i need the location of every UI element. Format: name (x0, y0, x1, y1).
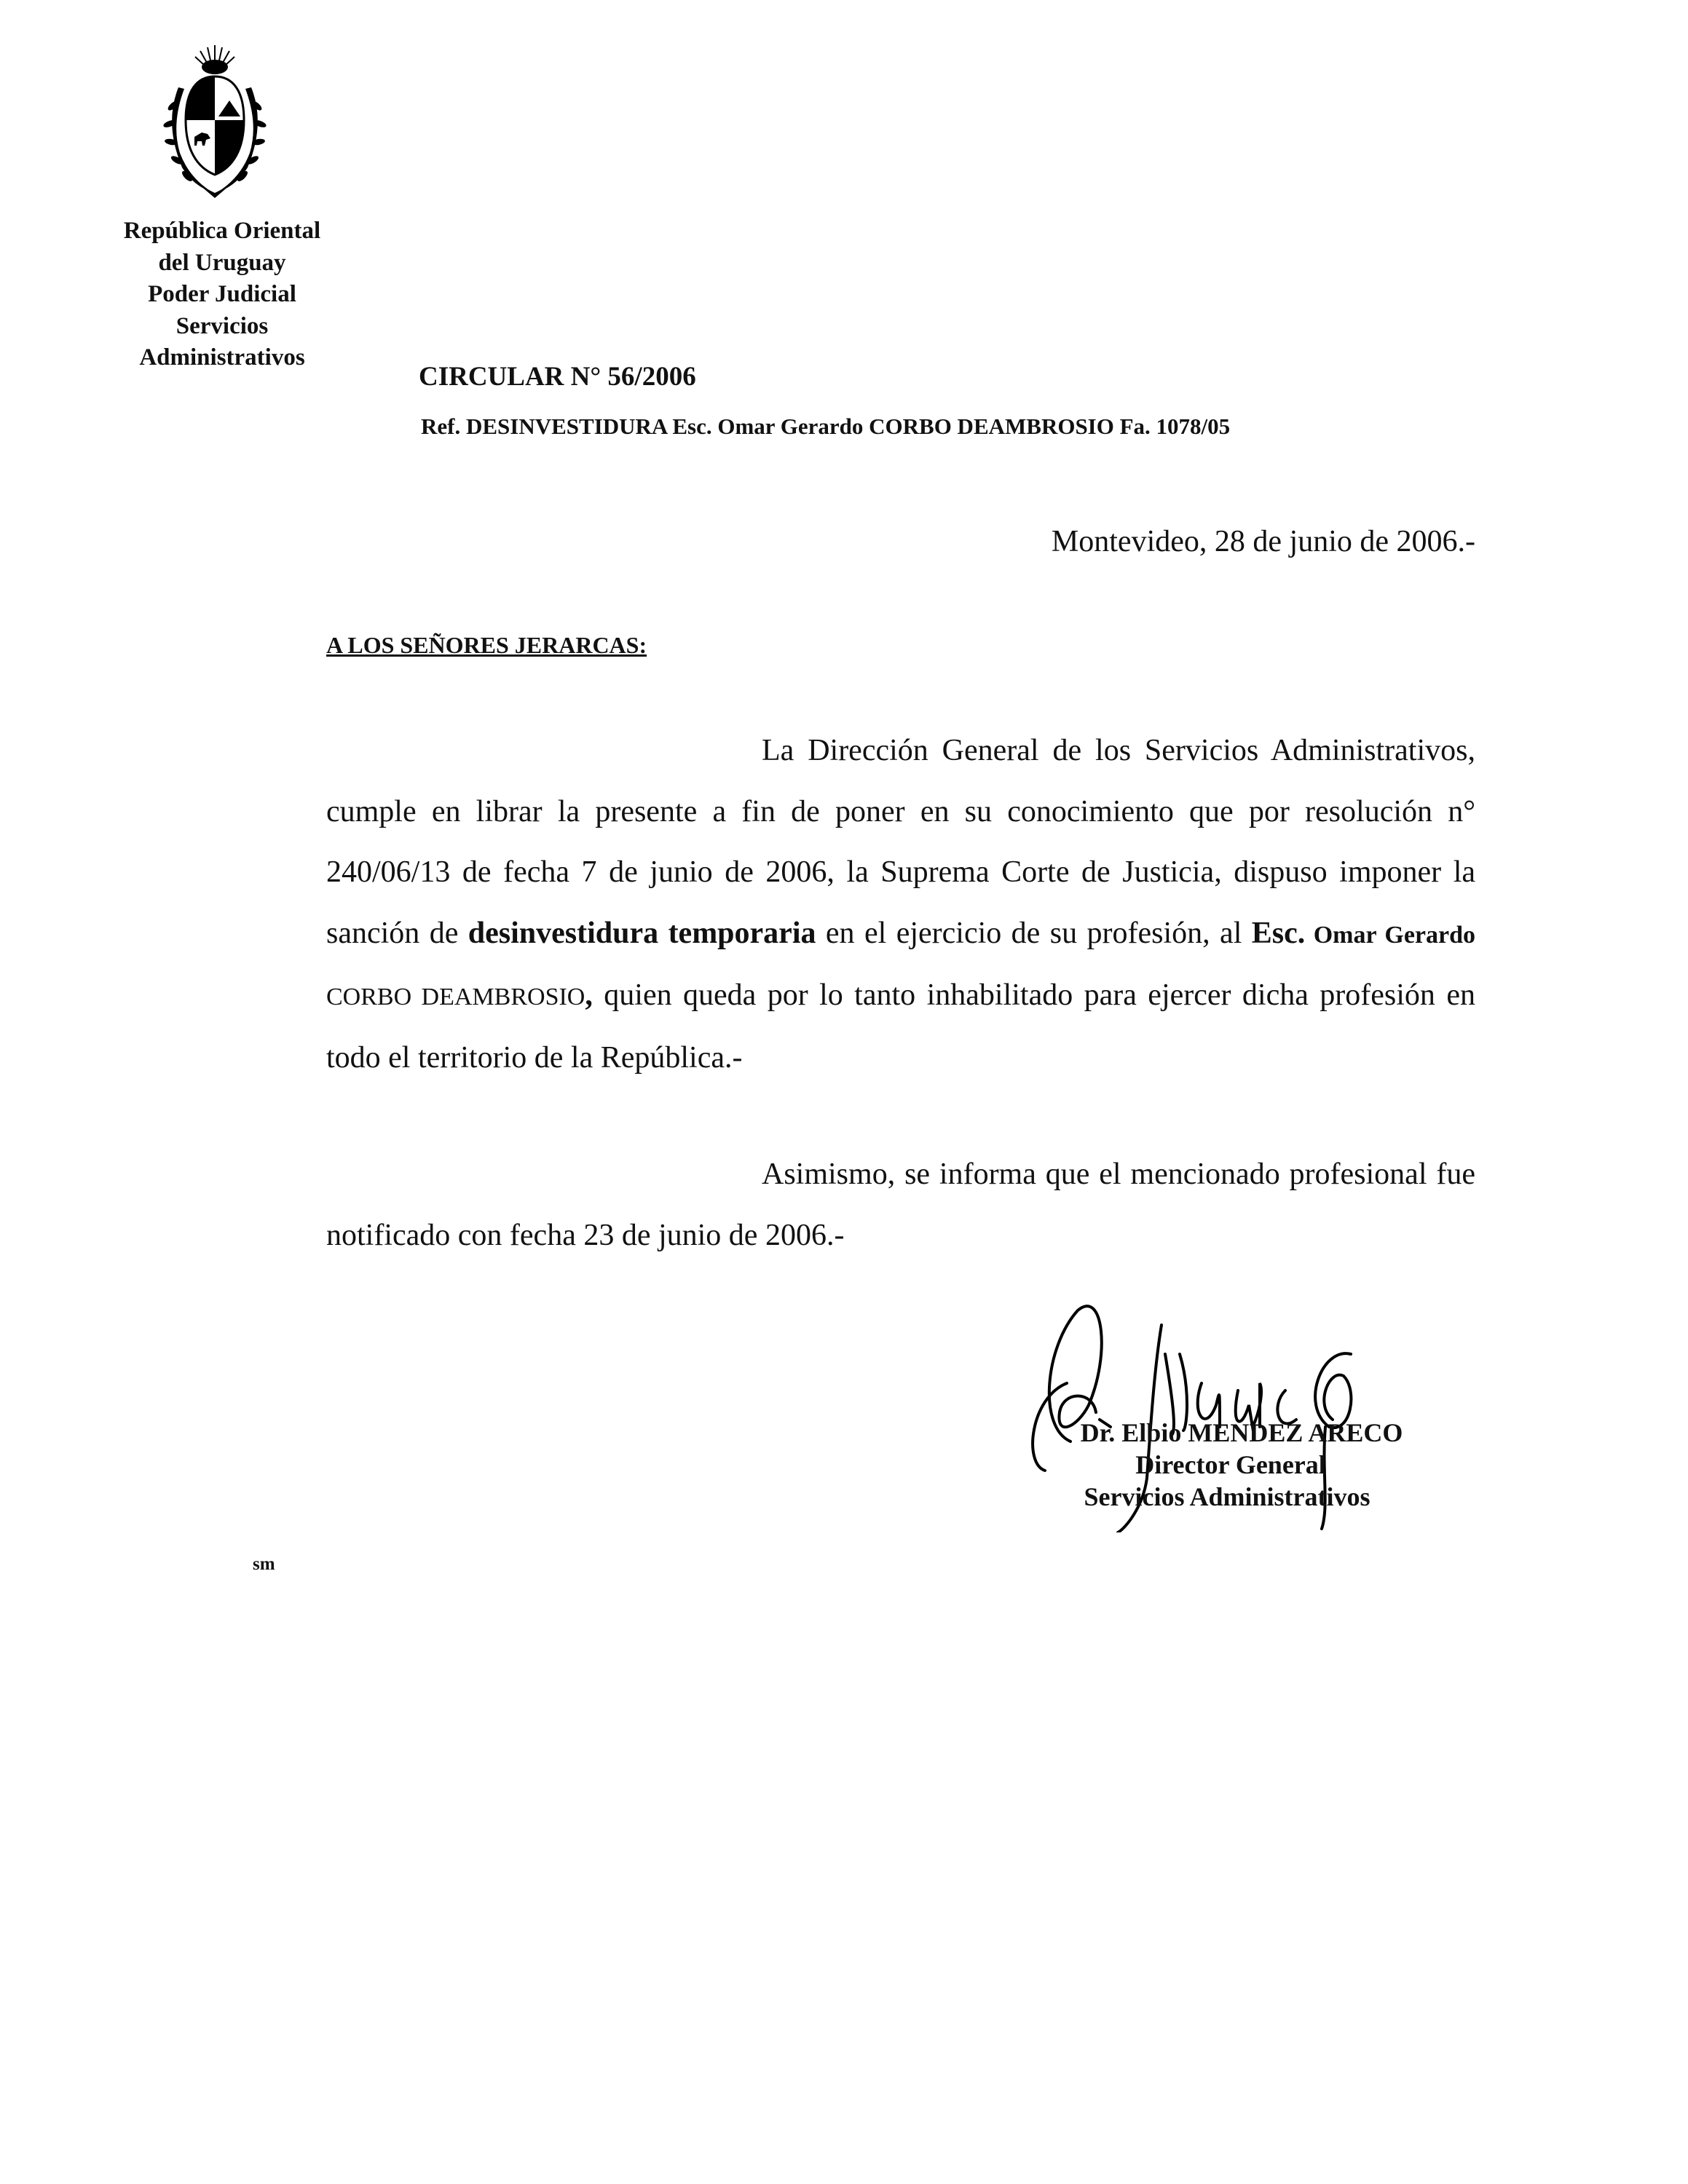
surname-caps: CORBO DEAMBROSIO (326, 984, 585, 1010)
org-line: Administrativos (95, 342, 350, 374)
org-line: del Uruguay (95, 248, 350, 280)
para2-text: Asimismo, se informa que el mencionado p… (326, 1158, 1475, 1252)
signature-text: Dr. Elbio MENDEZ ARECO Director General … (1009, 1417, 1446, 1513)
comma-bold: , (585, 978, 593, 1012)
uruguay-coat-of-arms-icon (149, 44, 280, 200)
signatory-name: Dr. Elbio MENDEZ ARECO (1009, 1417, 1446, 1449)
signatory-department: Servicios Administrativos (1009, 1481, 1446, 1513)
name-bold: Omar Gerardo (1305, 922, 1475, 949)
body-paragraph-2: Asimismo, se informa que el mencionado p… (326, 1144, 1475, 1266)
signature-block: Dr. Elbio MENDEZ ARECO Director General … (1009, 1281, 1446, 1532)
reference-line: Ref. DESINVESTIDURA Esc. Omar Gerardo CO… (421, 414, 1230, 440)
circular-number: CIRCULAR N° 56/2006 (419, 361, 696, 392)
para1-text: en el ejercicio de su profesión, al (816, 917, 1252, 950)
salutation: A LOS SEÑORES JERARCAS: (326, 632, 647, 659)
typist-initials: sm (253, 1554, 275, 1575)
organization-header: República Oriental del Uruguay Poder Jud… (95, 215, 350, 374)
body-paragraph-1: La Dirección General de los Servicios Ad… (326, 721, 1475, 1088)
signatory-title: Director General (1009, 1449, 1446, 1481)
org-line: Poder Judicial (95, 279, 350, 311)
salutation-colon: : (639, 632, 647, 658)
org-line: República Oriental (95, 215, 350, 248)
place-date: Montevideo, 28 de junio de 2006.- (1052, 524, 1475, 559)
org-line: Servicios (95, 311, 350, 343)
sanction-bold: desinvestidura temporaria (468, 917, 816, 950)
salutation-text: A LOS SEÑORES JERARCAS (326, 632, 639, 658)
title-bold: Esc. (1252, 917, 1306, 950)
